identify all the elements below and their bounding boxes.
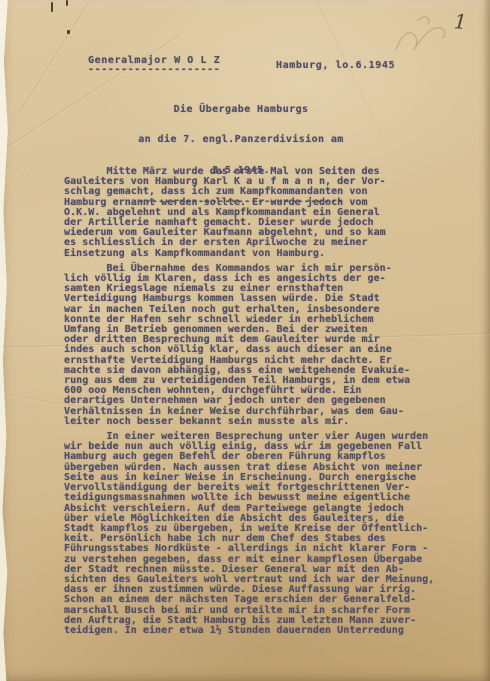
pin-mark: [51, 2, 53, 12]
paragraph: Bei Übernahme des Kommandos war ich mir …: [64, 264, 449, 427]
handwritten-page-number: 1: [453, 9, 479, 35]
pencil-scribble-mark: [388, 8, 458, 63]
pin-mark: [67, 30, 70, 34]
pin-mark: [66, 0, 68, 6]
document-title-line-1: Die Übergabe Hamburgs: [110, 105, 372, 115]
document-body: Mitte März wurde das erste Mal von Seite…: [64, 167, 449, 636]
author-underline: --------------------: [88, 64, 220, 75]
paragraph: In einer weiteren Besprechung unter vier…: [64, 432, 449, 636]
paragraph: Mitte März wurde das erste Mal von Seite…: [64, 167, 449, 259]
scanned-document-page: { "document": { "page_number": "1", "hea…: [0, 0, 490, 681]
place-date-line: Hamburg, lo.6.1945: [276, 60, 395, 71]
document-title-line-2: an die 7. engl.Panzerdivision am: [110, 135, 372, 145]
paper-sheet: 1 Generalmajor W O L Z -----------------…: [0, 0, 490, 681]
